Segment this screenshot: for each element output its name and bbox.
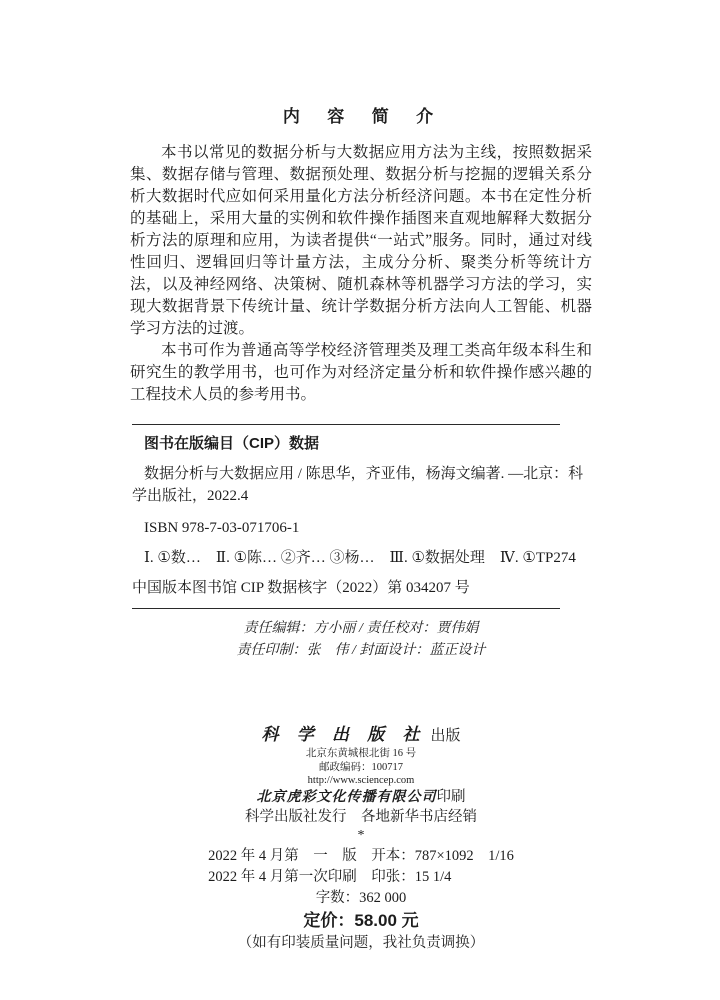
intro-paragraph-1: 本书以常见的数据分析与大数据应用方法为主线，按照数据采集、数据存储与管理、数据预… [130, 142, 592, 340]
quality-notice: （如有印装质量问题，我社负责调换） [130, 933, 592, 954]
distribution-line: 科学出版社发行 各地新华书店经销 [130, 807, 592, 828]
cip-data-block: 图书在版编目（CIP）数据 数据分析与大数据应用 / 陈思华，齐亚伟，杨海文编著… [130, 424, 592, 609]
printer-label: 印刷 [437, 789, 466, 805]
cip-content: 图书在版编目（CIP）数据 数据分析与大数据应用 / 陈思华，齐亚伟，杨海文编著… [130, 425, 592, 608]
isbn-number: ISBN 978-7-03-071706-1 [144, 518, 592, 538]
publisher-website: http://www.sciencep.com [130, 774, 592, 788]
publisher-postcode: 邮政编码：100717 [130, 761, 592, 775]
price: 定价：58.00 元 [130, 909, 592, 933]
cip-classification: Ⅰ. ①数… Ⅱ. ①陈… ②齐… ③杨… Ⅲ. ①数据处理 Ⅳ. ①TP274 [144, 548, 592, 568]
edition-line-2: 2022 年 4 月第一次印刷 印张：15 1/4 [208, 867, 514, 888]
printer-line: 北京虎彩文化传播有限公司印刷 [130, 788, 592, 807]
publication-info: 科 学 出 版 社出版 北京东黄城根北街 16 号 邮政编码：100717 ht… [130, 724, 592, 954]
page-title: 内 容 简 介 [130, 102, 592, 132]
edition-line-1: 2022 年 4 月第 一 版 开本：787×1092 1/16 [208, 846, 514, 867]
publisher-address: 北京东黄城根北街 16 号 [130, 747, 592, 761]
credits-line-editor: 责任编辑：方小丽 / 责任校对：贾伟娟 [130, 618, 592, 640]
cip-bottom-rule [132, 608, 560, 609]
publish-label: 出版 [430, 728, 460, 744]
cip-entry: 数据分析与大数据应用 / 陈思华，齐亚伟，杨海文编著. —北京：科学出版社，20… [132, 463, 592, 507]
staff-credits: 责任编辑：方小丽 / 责任校对：贾伟娟 责任印制：张 伟 / 封面设计：蓝正设计 [130, 618, 592, 662]
credits-line-printing: 责任印制：张 伟 / 封面设计：蓝正设计 [130, 640, 592, 662]
content-introduction: 本书以常见的数据分析与大数据应用方法为主线，按照数据采集、数据存储与管理、数据预… [130, 142, 592, 406]
content-column: 内 容 简 介 本书以常见的数据分析与大数据应用方法为主线，按照数据采集、数据存… [130, 0, 592, 954]
publisher-name-line: 科 学 出 版 社出版 [130, 724, 592, 747]
book-copyright-page: 内 容 简 介 本书以常见的数据分析与大数据应用方法为主线，按照数据采集、数据存… [0, 0, 720, 1000]
printer-logo-text: 北京虎彩文化传播有限公司 [257, 790, 437, 805]
edition-details: 2022 年 4 月第 一 版 开本：787×1092 1/16 2022 年 … [208, 846, 514, 909]
separator-asterisk: * [130, 828, 592, 844]
cip-heading: 图书在版编目（CIP）数据 [144, 433, 592, 454]
cip-record-number: 中国版本图书馆 CIP 数据核字（2022）第 034207 号 [132, 578, 592, 598]
word-count: 字数：362 000 [208, 888, 514, 909]
intro-paragraph-2: 本书可作为普通高等学校经济管理类及理工类高年级本科生和研究生的教学用书，也可作为… [130, 340, 592, 406]
publisher-logo-text: 科 学 出 版 社 [261, 725, 426, 744]
